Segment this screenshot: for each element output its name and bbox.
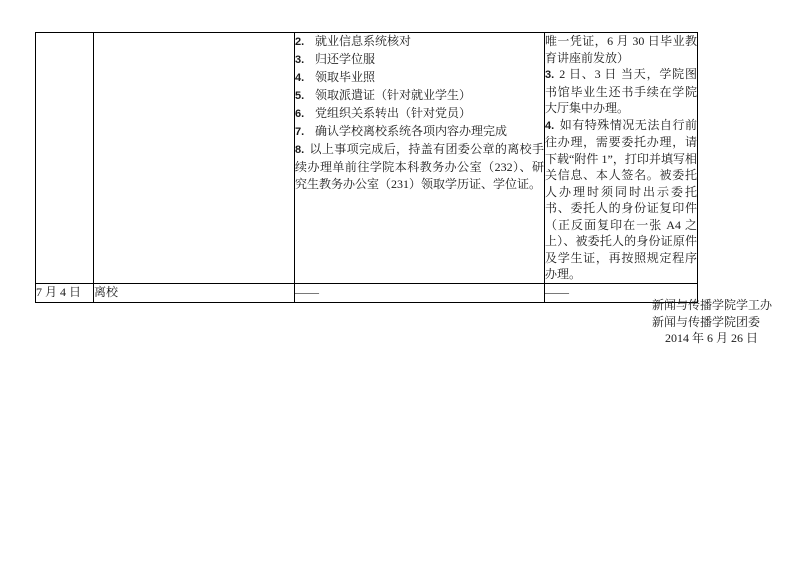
procedure-item-text: 领取派遣证（针对就业学生） bbox=[315, 88, 471, 102]
signature-date: 2014 年 6 月 26 日 bbox=[652, 330, 772, 347]
procedure-item: 8.以上事项完成后，持盖有团委公章的离校手续办理单前往学院本科教务办公室（232… bbox=[295, 141, 544, 193]
procedure-item-text: 领取毕业照 bbox=[315, 70, 375, 84]
procedures-dash-cell: —— bbox=[295, 283, 545, 302]
procedure-item: 5.领取派遣证（针对就业学生） bbox=[295, 87, 544, 105]
procedure-item: 7.确认学校离校系统各项内容办理完成 bbox=[295, 123, 544, 141]
signature-block: 新闻与传播学院学工办 新闻与传播学院团委 2014 年 6 月 26 日 bbox=[652, 297, 772, 347]
signature-org-2: 新闻与传播学院团委 bbox=[652, 314, 772, 331]
signature-org-1: 新闻与传播学院学工办 bbox=[652, 297, 772, 314]
procedure-item-number: 7. bbox=[295, 124, 315, 141]
procedure-item: 6.党组织关系转出（针对党员） bbox=[295, 105, 544, 123]
procedure-item-number: 3. bbox=[295, 52, 315, 69]
note-paragraph: 3.2 日、3 日 当天，学院图书馆毕业生还书手续在学院大厅集中办理。 bbox=[545, 66, 697, 117]
date-cell-empty bbox=[36, 33, 94, 284]
table-row: 7 月 4 日 离校 —— —— bbox=[36, 283, 698, 302]
procedure-item-number: 6. bbox=[295, 106, 315, 123]
procedure-item: 4.领取毕业照 bbox=[295, 69, 544, 87]
note-number: 3. bbox=[545, 69, 554, 81]
procedure-item-text: 党组织关系转出（针对党员） bbox=[315, 106, 471, 120]
note-text: 唯一凭证，6 月 30 日毕业教育讲座前发放） bbox=[545, 34, 697, 65]
procedure-item-number: 8. bbox=[295, 144, 304, 156]
procedure-item-text: 就业信息系统核对 bbox=[315, 34, 411, 48]
note-paragraph: 4.如有特殊情况无法自行前往办理，需要委托办理，请下载“附件 1”，打印并填写相… bbox=[545, 117, 697, 283]
notes-cell: 唯一凭证，6 月 30 日毕业教育讲座前发放） 3.2 日、3 日 当天，学院图… bbox=[545, 33, 698, 284]
procedure-item-text: 确认学校离校系统各项内容办理完成 bbox=[315, 124, 507, 138]
procedure-item-number: 2. bbox=[295, 34, 315, 51]
procedure-item-number: 4. bbox=[295, 70, 315, 87]
schedule-table: 2.就业信息系统核对 3.归还学位服 4.领取毕业照 5.领取派遣证（针对就业学… bbox=[35, 32, 698, 303]
procedure-item: 2.就业信息系统核对 bbox=[295, 33, 544, 51]
note-paragraph: 唯一凭证，6 月 30 日毕业教育讲座前发放） bbox=[545, 33, 697, 66]
note-text: 2 日、3 日 当天，学院图书馆毕业生还书手续在学院大厅集中办理。 bbox=[545, 67, 697, 115]
note-text: 如有特殊情况无法自行前往办理，需要委托办理，请下载“附件 1”，打印并填写相关信… bbox=[545, 118, 697, 282]
procedures-cell: 2.就业信息系统核对 3.归还学位服 4.领取毕业照 5.领取派遣证（针对就业学… bbox=[295, 33, 545, 284]
procedure-item-text: 以上事项完成后，持盖有团委公章的离校手续办理单前往学院本科教务办公室（232）、… bbox=[295, 142, 544, 191]
date-cell: 7 月 4 日 bbox=[36, 283, 94, 302]
activity-cell: 离校 bbox=[94, 283, 295, 302]
activity-cell-empty bbox=[94, 33, 295, 284]
table-row: 2.就业信息系统核对 3.归还学位服 4.领取毕业照 5.领取派遣证（针对就业学… bbox=[36, 33, 698, 284]
procedure-item-number: 5. bbox=[295, 88, 315, 105]
procedure-item: 3.归还学位服 bbox=[295, 51, 544, 69]
document-page: 2.就业信息系统核对 3.归还学位服 4.领取毕业照 5.领取派遣证（针对就业学… bbox=[0, 0, 800, 566]
note-number: 4. bbox=[545, 120, 554, 132]
procedure-item-text: 归还学位服 bbox=[315, 52, 375, 66]
